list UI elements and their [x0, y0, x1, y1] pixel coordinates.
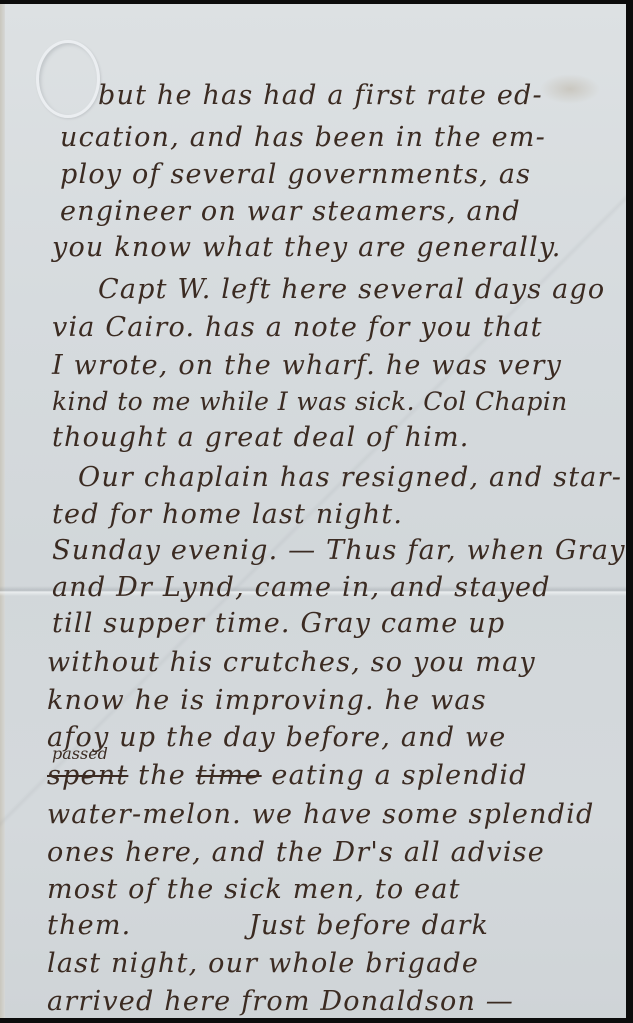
letter-page: but he has had a first rate ed- ucation,… — [0, 4, 626, 1018]
handwritten-line-18: afoy up the day before, and we — [47, 724, 506, 751]
paper-stain — [540, 74, 600, 104]
handwritten-line-17: know he is improving. he was — [47, 687, 487, 714]
line-text: eating a splendid — [262, 760, 528, 791]
handwritten-line-4: engineer on war steamers, and — [60, 198, 521, 225]
handwritten-line-13: Sunday evenig. — Thus far, when Gray — [52, 537, 626, 564]
struck-word-2: time — [196, 760, 262, 791]
handwritten-line-22: most of the sick men, to eat — [47, 876, 461, 903]
handwritten-line-7: via Cairo. has a note for you that — [52, 314, 543, 341]
handwritten-line-6: Capt W. left here several days ago — [98, 276, 605, 303]
handwritten-line-25: arrived here from Donaldson — — [47, 988, 514, 1015]
embossed-stamp-icon — [36, 40, 100, 118]
handwritten-line-23: them. Just before dark — [47, 912, 489, 939]
handwritten-line-15: till supper time. Gray came up — [52, 610, 505, 637]
handwritten-line-21: ones here, and the Dr's all advise — [47, 839, 545, 866]
handwritten-line-3: ploy of several governments, as — [60, 161, 531, 188]
handwritten-line-14: and Dr Lynd, came in, and stayed — [52, 574, 551, 601]
handwritten-line-5: you know what they are generally. — [52, 234, 562, 261]
handwritten-line-8: I wrote, on the wharf. he was very — [52, 352, 562, 379]
paper-edge — [0, 4, 5, 1018]
handwritten-line-9: kind to me while I was sick. Col Chapin — [52, 389, 568, 414]
handwritten-line-2: ucation, and has been in the em- — [60, 124, 546, 151]
struck-word: spent — [47, 760, 128, 791]
handwritten-line-10: thought a great deal of him. — [52, 424, 470, 451]
line-text: the — [138, 760, 196, 791]
handwritten-line-24: last night, our whole brigade — [47, 950, 479, 977]
handwritten-line-20: water-melon. we have some splendid — [47, 801, 595, 828]
handwritten-line-1: but he has had a first rate ed- — [98, 82, 543, 109]
handwritten-line-16: without his crutches, so you may — [47, 649, 536, 676]
handwritten-line-19: spent the time eating a splendid — [47, 762, 528, 789]
handwritten-line-12: ted for home last night. — [52, 501, 403, 528]
handwritten-line-11: Our chaplain has resigned, and star- — [78, 464, 622, 491]
